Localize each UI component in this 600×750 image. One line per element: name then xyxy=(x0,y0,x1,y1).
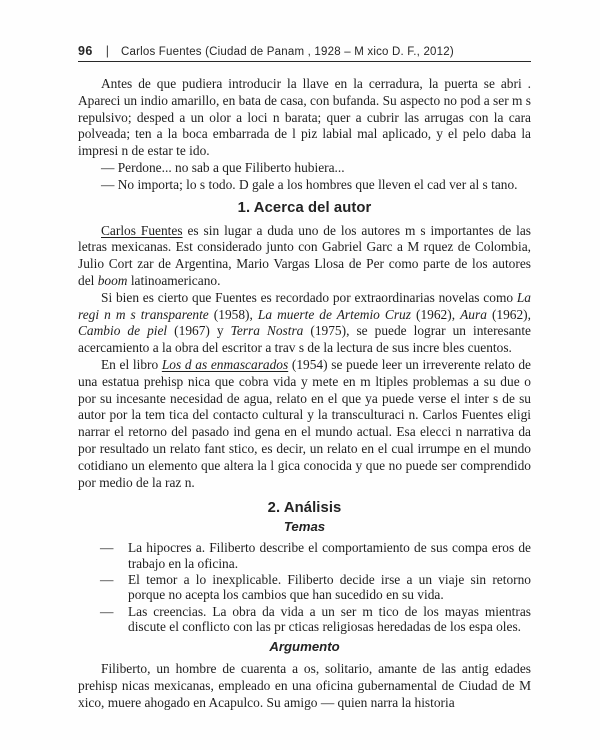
book-page: 96 | Carlos Fuentes (Ciudad de Panam , 1… xyxy=(0,0,600,750)
dash-marker: — xyxy=(100,540,113,555)
text-run: Si bien es cierto que Fuentes es recorda… xyxy=(101,290,517,305)
about-paragraph-3: En el libro Los d as enmascarados (1954)… xyxy=(78,357,531,491)
header-rule xyxy=(78,61,531,62)
list-item: —El temor a lo inexplicable. Filiberto d… xyxy=(78,572,531,603)
about-paragraph-2: Si bien es cierto que Fuentes es recorda… xyxy=(78,290,531,357)
text-run: (1967) y xyxy=(167,323,230,338)
list-item-text: El temor a lo inexplicable. Filiberto de… xyxy=(128,572,531,602)
book-title-italic-underlined: Los d as enmascarados xyxy=(162,357,288,372)
text-run: (1962), xyxy=(411,307,460,322)
text-run: (1958), xyxy=(209,307,258,322)
book-title-italic: Terra Nostra xyxy=(231,323,304,338)
page-number: 96 xyxy=(78,44,93,58)
intro-paragraph: Antes de que pudiera introducir la llave… xyxy=(78,76,531,160)
subheading-temas: Temas xyxy=(78,519,531,534)
dialogue-line-1: — Perdone... no sab a que Filiberto hubi… xyxy=(78,160,531,177)
book-title-italic: Cambio de piel xyxy=(78,323,167,338)
list-item-text: Las creencias. La obra da vida a un ser … xyxy=(128,604,531,634)
themes-list: —La hipocres a. Filiberto describe el co… xyxy=(78,540,531,634)
text-run: (1962), xyxy=(487,307,531,322)
text-run: (1954) se puede leer un irreverente rela… xyxy=(78,357,531,490)
page-header: 96 | Carlos Fuentes (Ciudad de Panam , 1… xyxy=(78,44,531,58)
list-item: —La hipocres a. Filiberto describe el co… xyxy=(78,540,531,571)
book-title-italic: Aura xyxy=(460,307,487,322)
list-item: —Las creencias. La obra da vida a un ser… xyxy=(78,604,531,635)
author-name-underlined: Carlos Fuentes xyxy=(101,223,183,238)
page-body: Antes de que pudiera introducir la llave… xyxy=(78,76,531,712)
page-content: 96 | Carlos Fuentes (Ciudad de Panam , 1… xyxy=(78,44,531,712)
text-run: latinoamericano. xyxy=(127,273,220,288)
text-run: En el libro xyxy=(101,357,162,372)
argumento-paragraph: Filiberto, un hombre de cuarenta a os, s… xyxy=(78,661,531,711)
dialogue-line-2: — No importa; lo s todo. D gale a los ho… xyxy=(78,177,531,194)
list-item-text: La hipocres a. Filiberto describe el com… xyxy=(128,540,531,570)
dash-marker: — xyxy=(100,604,113,619)
subheading-argumento: Argumento xyxy=(78,639,531,654)
about-paragraph-1: Carlos Fuentes es sin lugar a duda uno d… xyxy=(78,223,531,290)
header-title: Carlos Fuentes (Ciudad de Panam , 1928 –… xyxy=(121,46,454,58)
boom-term-italic: boom xyxy=(98,273,128,288)
section-heading-analysis: 2. Análisis xyxy=(78,500,531,516)
header-separator: | xyxy=(106,44,109,58)
dash-marker: — xyxy=(100,572,113,587)
section-heading-about-author: 1. Acerca del autor xyxy=(78,200,531,216)
book-title-italic: La muerte de Artemio Cruz xyxy=(258,307,411,322)
